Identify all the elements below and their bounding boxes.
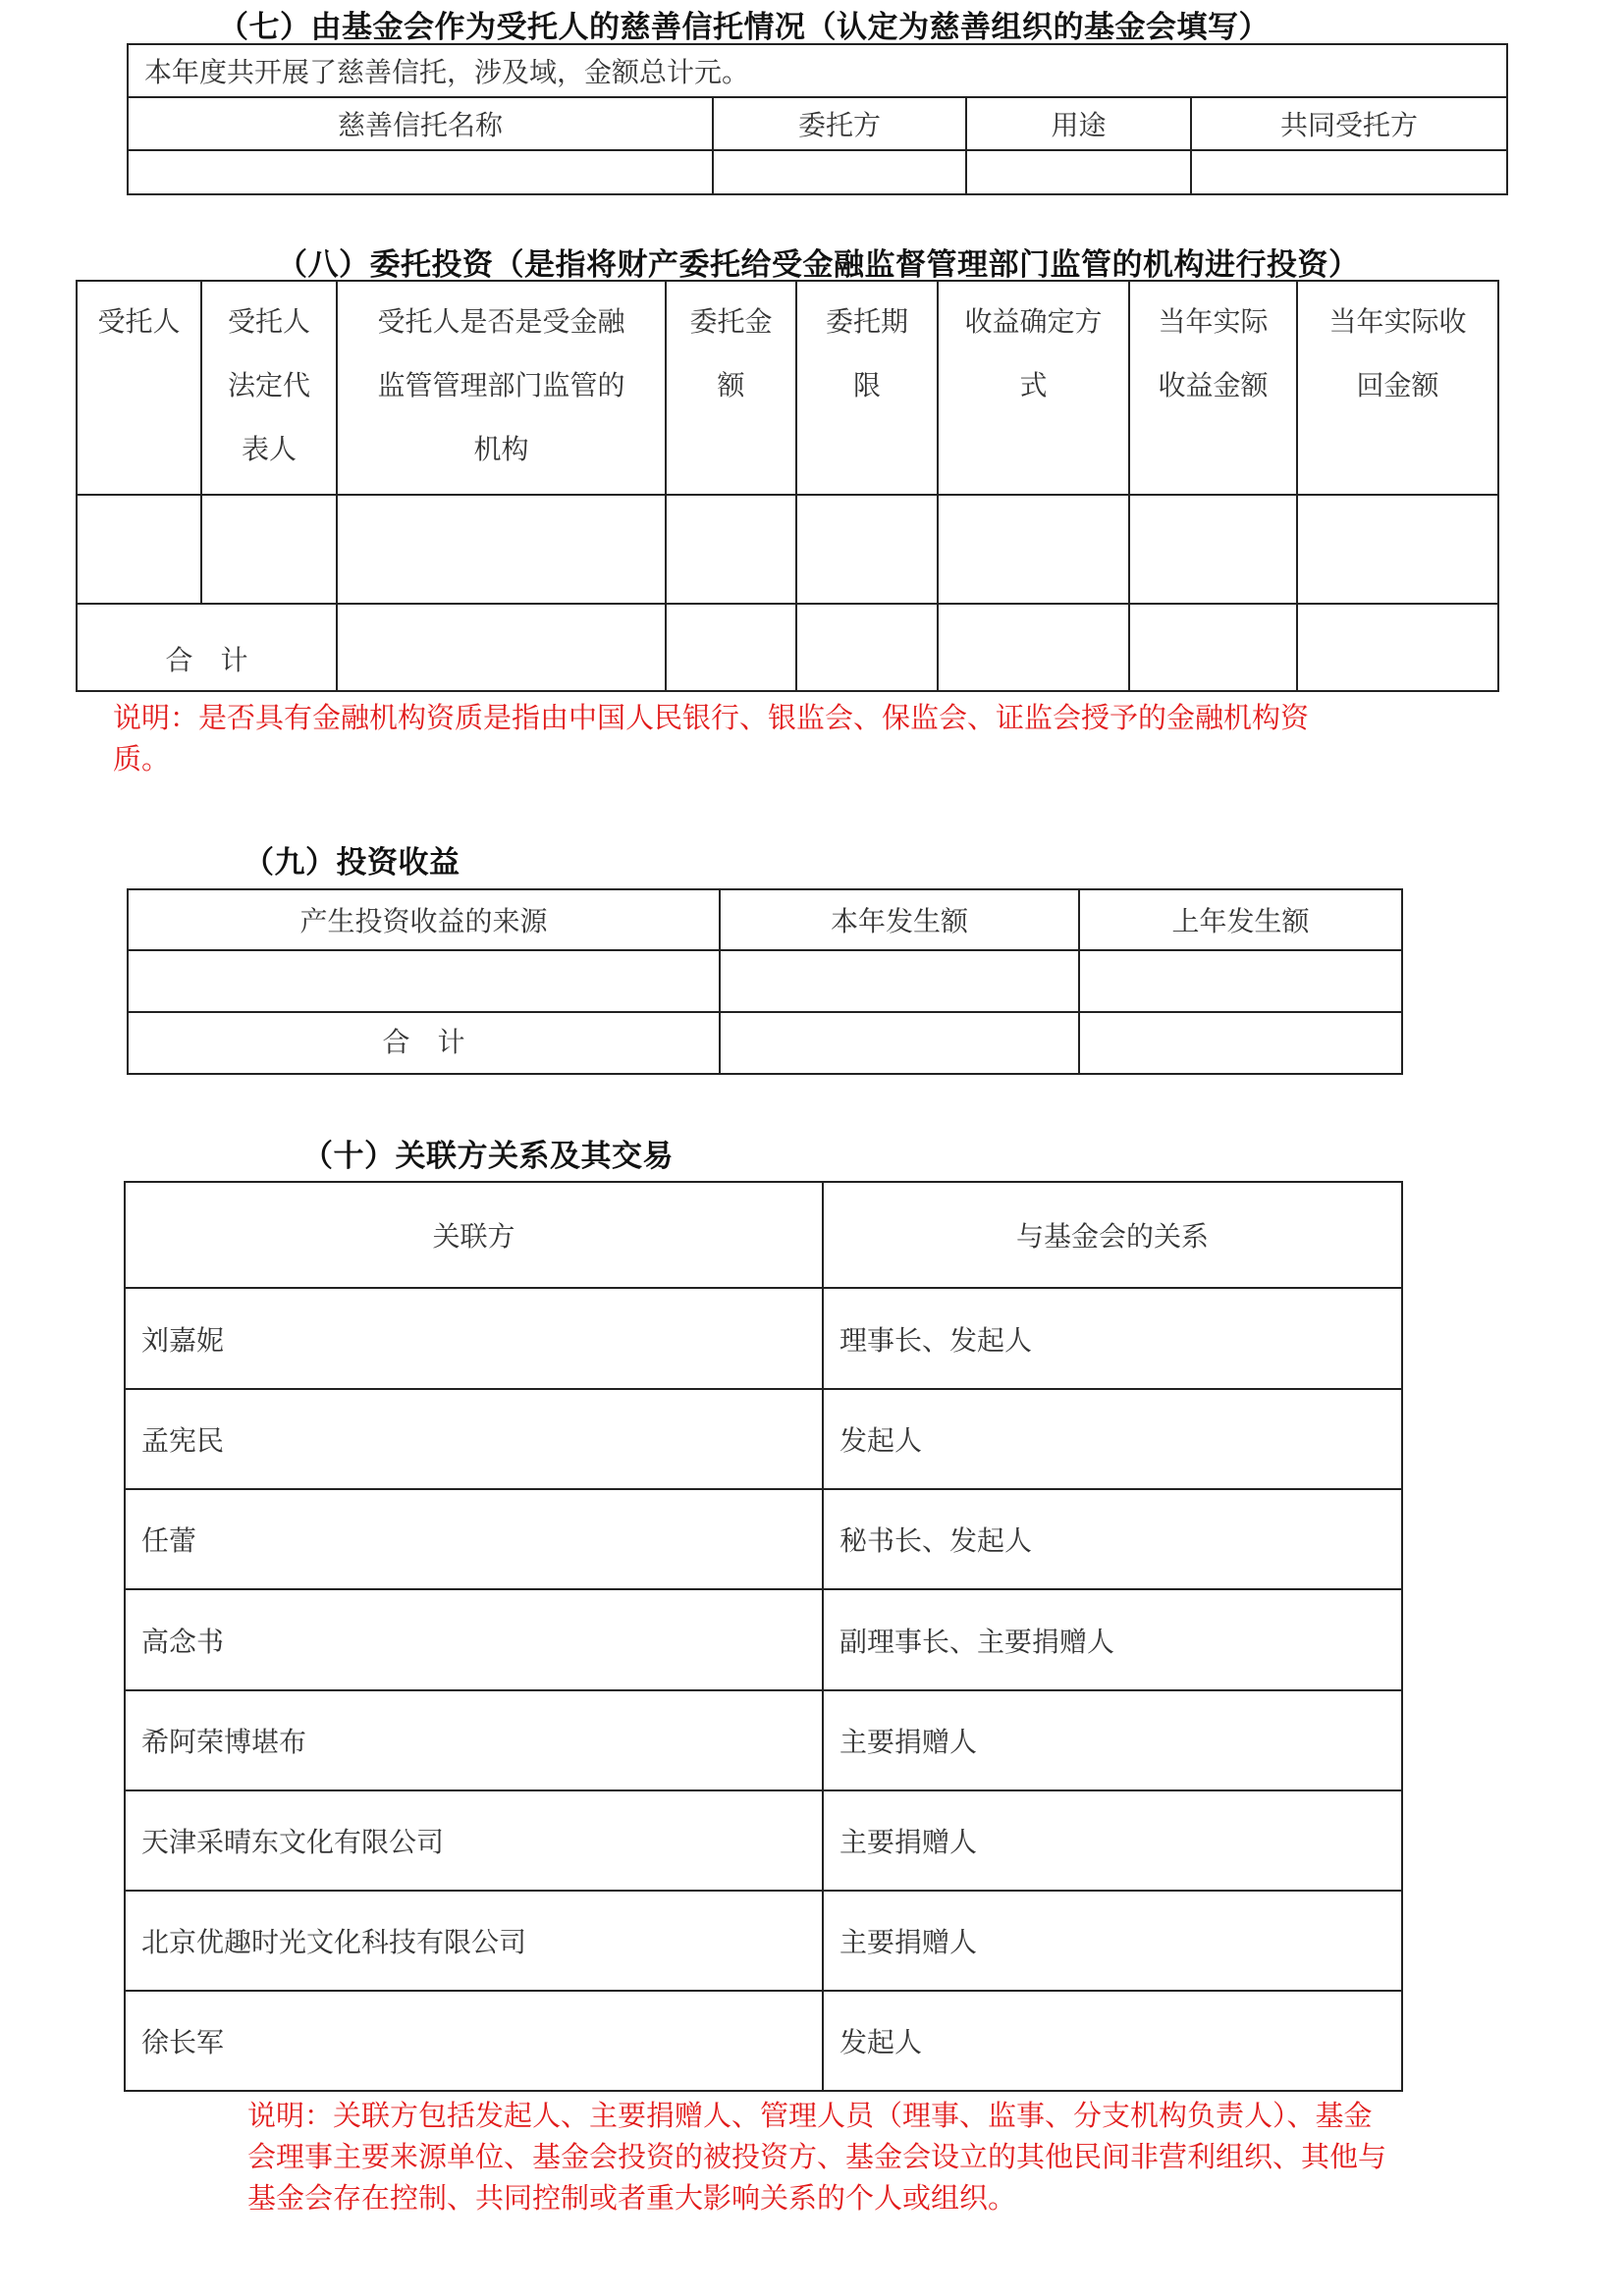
cell [1079,1012,1402,1074]
header-actual-recovered: 当年实际收回金额 [1297,281,1498,495]
relationship: 主要捐赠人 [823,1790,1402,1891]
header-related-party: 关联方 [125,1182,823,1288]
table-row [128,150,1507,194]
header-co-trustee: 共同受托方 [1191,97,1507,150]
header-current-year: 本年发生额 [720,889,1079,950]
cell [1297,495,1498,604]
table-row [128,950,1402,1012]
related-party-table: 关联方 与基金会的关系 刘嘉妮 理事长、发起人 孟宪民 发起人 任蕾 秘书长、发… [124,1181,1403,2092]
header-entrusted-amount: 委托金额 [666,281,796,495]
table-row: 刘嘉妮 理事长、发起人 [125,1288,1402,1389]
cell [128,150,713,194]
total-row: 合 计 [77,604,1498,691]
table-row: 徐长军 发起人 [125,1991,1402,2091]
table-row: 孟宪民 发起人 [125,1389,1402,1489]
header-regulated-institution: 受托人是否是受金融监管管理部门监管的机构 [337,281,666,495]
total-label: 合 计 [77,604,337,691]
cell [938,495,1129,604]
cell [128,950,720,1012]
table-row: 高念书 副理事长、主要捐赠人 [125,1589,1402,1690]
header-purpose: 用途 [966,97,1191,150]
related-party-name: 希阿荣博堪布 [125,1690,823,1790]
cell [201,495,337,604]
relationship: 秘书长、发起人 [823,1489,1402,1589]
section8-title: （八）委托投资（是指将财产委托给受金融监督管理部门监管的机构进行投资） [277,240,1360,284]
cell [720,950,1079,1012]
cell [666,604,796,691]
cell [1079,950,1402,1012]
charitable-trust-table: 本年度共开展了慈善信托，涉及域，金额总计元。 慈善信托名称 委托方 用途 共同受… [127,43,1508,195]
relationship: 主要捐赠人 [823,1891,1402,1991]
section10-title: （十）关联方关系及其交易 [302,1131,674,1175]
header-legal-rep: 受托人法定代表人 [201,281,337,495]
table-row: 北京优趣时光文化科技有限公司 主要捐赠人 [125,1891,1402,1991]
cell [966,150,1191,194]
total-row: 合 计 [128,1012,1402,1074]
cell [1297,604,1498,691]
related-party-name: 任蕾 [125,1489,823,1589]
investment-income-table: 产生投资收益的来源 本年发生额 上年发生额 合 计 [127,888,1403,1075]
cell [713,150,966,194]
cell [337,604,666,691]
header-entrusted-term: 委托期限 [796,281,938,495]
entrusted-investment-table: 受托人 受托人法定代表人 受托人是否是受金融监管管理部门监管的机构 委托金额 委… [76,280,1499,692]
header-relationship: 与基金会的关系 [823,1182,1402,1288]
total-label: 合 计 [128,1012,720,1074]
cell [666,495,796,604]
header-previous-year: 上年发生额 [1079,889,1402,950]
cell [1129,604,1297,691]
header-entrustor: 委托方 [713,97,966,150]
cell [796,495,938,604]
header-trustee: 受托人 [77,281,201,495]
section8-note: 说明：是否具有金融机构资质是指由中国人民银行、银监会、保监会、证监会授予的金融机… [113,697,1429,779]
cell [1191,150,1507,194]
table-row: 希阿荣博堪布 主要捐赠人 [125,1690,1402,1790]
table-row: 任蕾 秘书长、发起人 [125,1489,1402,1589]
table-row: 天津采晴东文化有限公司 主要捐赠人 [125,1790,1402,1891]
cell [77,495,201,604]
cell [1129,495,1297,604]
related-party-name: 北京优趣时光文化科技有限公司 [125,1891,823,1991]
related-party-name: 高念书 [125,1589,823,1690]
relationship: 理事长、发起人 [823,1288,1402,1389]
header-trust-name: 慈善信托名称 [128,97,713,150]
related-party-name: 天津采晴东文化有限公司 [125,1790,823,1891]
section10-note: 说明：关联方包括发起人、主要捐赠人、管理人员（理事、监事、分支机构负责人）、基金… [247,2095,1406,2218]
relationship: 发起人 [823,1389,1402,1489]
header-actual-income: 当年实际收益金额 [1129,281,1297,495]
related-party-name: 徐长军 [125,1991,823,2091]
cell [337,495,666,604]
header-income-method: 收益确定方式 [938,281,1129,495]
cell [720,1012,1079,1074]
section9-title: （九）投资收益 [244,837,460,881]
trust-summary: 本年度共开展了慈善信托，涉及域，金额总计元。 [128,44,1507,97]
cell [796,604,938,691]
relationship: 主要捐赠人 [823,1690,1402,1790]
cell [938,604,1129,691]
relationship: 副理事长、主要捐赠人 [823,1589,1402,1690]
header-income-source: 产生投资收益的来源 [128,889,720,950]
related-party-name: 刘嘉妮 [125,1288,823,1389]
table-row [77,495,1498,604]
relationship: 发起人 [823,1991,1402,2091]
related-party-name: 孟宪民 [125,1389,823,1489]
section7-title: （七）由基金会作为受托人的慈善信托情况（认定为慈善组织的基金会填写） [218,2,1270,46]
